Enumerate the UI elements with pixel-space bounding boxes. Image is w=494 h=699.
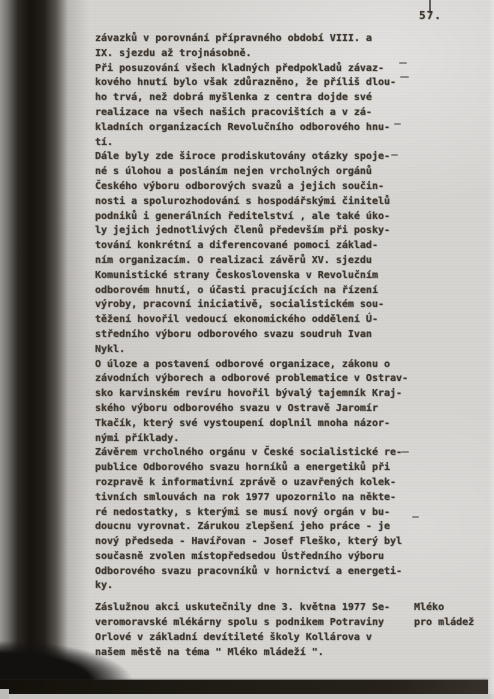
paragraph-tkacik: O úloze a postavení odborové organizace,… xyxy=(95,358,429,447)
corner-notch xyxy=(0,689,9,699)
scan-edge-band xyxy=(0,680,488,694)
body-text: závazků v porovnání přípravného období V… xyxy=(95,32,429,660)
paragraph-carryover: závazků v porovnání přípravného období V… xyxy=(95,32,429,62)
paragraph-assessment: Při posuzování všech kladných předpoklad… xyxy=(95,62,429,151)
page-right-edge-highlight xyxy=(488,0,494,699)
page-number: 57. xyxy=(419,9,442,22)
scan-bottom-strip xyxy=(0,694,494,699)
book-gutter-shadow xyxy=(0,0,95,699)
scanned-document-page: 57. závazků v porovnání přípravného obdo… xyxy=(0,0,494,699)
gutter-bottom-curve xyxy=(0,634,190,682)
margin-note: Mléko pro mládež xyxy=(414,601,474,631)
paragraph-discussion: Dále byly zde široce prodiskutovány otáz… xyxy=(95,150,429,357)
paragraph-union-congress: Závěrem vrcholného orgánu v České social… xyxy=(95,446,429,594)
